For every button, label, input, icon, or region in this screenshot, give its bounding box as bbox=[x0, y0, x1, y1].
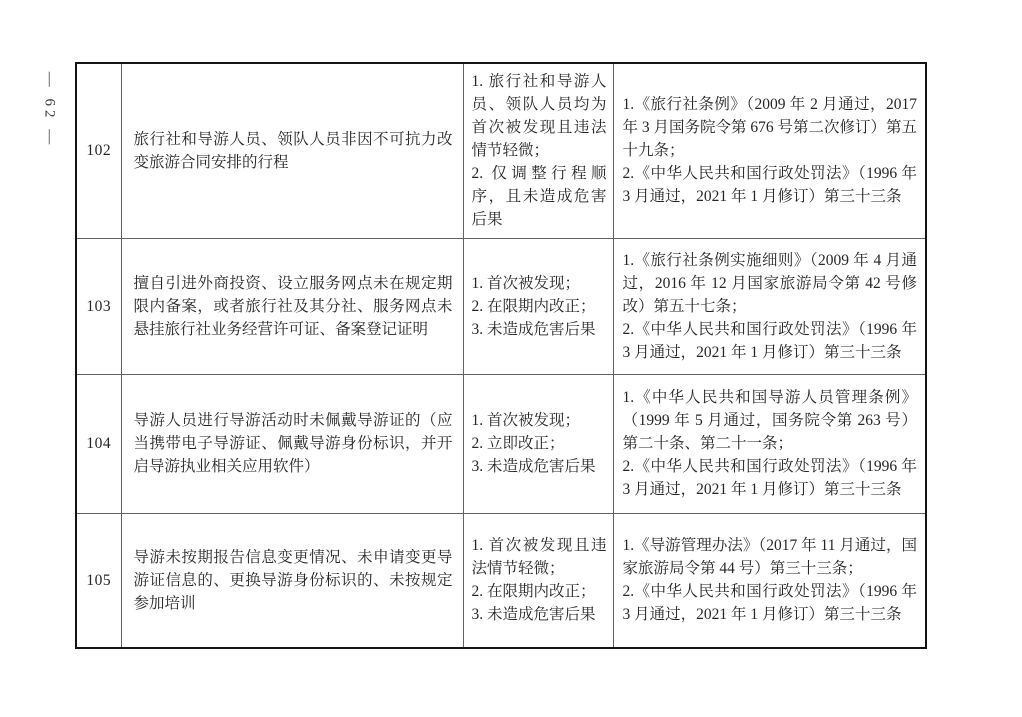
condition-item: 1. 首次被发现且违法情节轻微； bbox=[472, 534, 607, 580]
condition-item: 3. 未造成危害后果 bbox=[472, 603, 607, 626]
legal-basis-cell: 1.《导游管理办法》（2017 年 11 月通过，国家旅游局令第 44 号）第三… bbox=[613, 513, 926, 648]
legal-basis-cell: 1.《中华人民共和国导游人员管理条例》（1999 年 5 月通过，国务院令第 2… bbox=[613, 374, 926, 513]
violation-description-cell: 导游人员进行导游活动时未佩戴导游证的（应当携带电子导游证、佩戴导游身份标识，并开… bbox=[121, 374, 463, 513]
item-number-cell: 102 bbox=[76, 63, 121, 238]
condition-item: 3. 未造成危害后果 bbox=[472, 455, 607, 478]
table-row: 105 导游未按期报告信息变更情况、未申请变更导游证信息的、更换导游身份标识的、… bbox=[76, 513, 926, 648]
discretion-conditions-cell: 1. 旅行社和导游人员、领队人员均为首次被发现且违法情节轻微； 2. 仅调整行程… bbox=[463, 63, 613, 238]
discretion-conditions-cell: 1. 首次被发现且违法情节轻微； 2. 在限期内改正； 3. 未造成危害后果 bbox=[463, 513, 613, 648]
item-number-cell: 104 bbox=[76, 374, 121, 513]
regulation-table: 102 旅行社和导游人员、领队人员非因不可抗力改变旅游合同安排的行程 1. 旅行… bbox=[75, 62, 927, 649]
legal-basis-cell: 1.《旅行社条例》（2009 年 2 月通过，2017 年 3 月国务院令第 6… bbox=[613, 63, 926, 238]
table-row: 103 擅自引进外商投资、设立服务网点未在规定期限内备案，或者旅行社及其分社、服… bbox=[76, 238, 926, 374]
condition-item: 2. 仅调整行程顺序，且未造成危害后果 bbox=[472, 162, 607, 231]
discretion-conditions-cell: 1. 首次被发现； 2. 在限期内改正； 3. 未造成危害后果 bbox=[463, 238, 613, 374]
violation-description-cell: 擅自引进外商投资、设立服务网点未在规定期限内备案，或者旅行社及其分社、服务网点未… bbox=[121, 238, 463, 374]
condition-item: 2. 在限期内改正； bbox=[472, 580, 607, 603]
legal-basis-item: 1.《旅行社条例》（2009 年 2 月通过，2017 年 3 月国务院令第 6… bbox=[623, 93, 918, 162]
table-row: 104 导游人员进行导游活动时未佩戴导游证的（应当携带电子导游证、佩戴导游身份标… bbox=[76, 374, 926, 513]
condition-item: 2. 在限期内改正； bbox=[472, 295, 607, 318]
legal-basis-item: 2.《中华人民共和国行政处罚法》（1996 年 3 月通过，2021 年 1 月… bbox=[623, 318, 918, 364]
page-number: — 62 — bbox=[41, 72, 58, 149]
condition-item: 1. 首次被发现； bbox=[472, 272, 607, 295]
legal-basis-item: 2.《中华人民共和国行政处罚法》（1996 年 3 月通过，2021 年 1 月… bbox=[623, 580, 918, 626]
item-number-cell: 103 bbox=[76, 238, 121, 374]
document-page: { "page": { "page_number": "— 62 —" }, "… bbox=[0, 0, 1022, 717]
legal-basis-item: 1.《旅行社条例实施细则》（2009 年 4 月通过，2016 年 12 月国家… bbox=[623, 249, 918, 318]
item-number-cell: 105 bbox=[76, 513, 121, 648]
table-row: 102 旅行社和导游人员、领队人员非因不可抗力改变旅游合同安排的行程 1. 旅行… bbox=[76, 63, 926, 238]
legal-basis-item: 1.《导游管理办法》（2017 年 11 月通过，国家旅游局令第 44 号）第三… bbox=[623, 534, 918, 580]
condition-item: 1. 首次被发现； bbox=[472, 409, 607, 432]
legal-basis-item: 2.《中华人民共和国行政处罚法》（1996 年 3 月通过，2021 年 1 月… bbox=[623, 455, 918, 501]
condition-item: 3. 未造成危害后果 bbox=[472, 318, 607, 341]
legal-basis-item: 2.《中华人民共和国行政处罚法》（1996 年 3 月通过，2021 年 1 月… bbox=[623, 162, 918, 208]
condition-item: 1. 旅行社和导游人员、领队人员均为首次被发现且违法情节轻微； bbox=[472, 70, 607, 162]
violation-description-cell: 导游未按期报告信息变更情况、未申请变更导游证信息的、更换导游身份标识的、未按规定… bbox=[121, 513, 463, 648]
condition-item: 2. 立即改正； bbox=[472, 432, 607, 455]
legal-basis-item: 1.《中华人民共和国导游人员管理条例》（1999 年 5 月通过，国务院令第 2… bbox=[623, 386, 918, 455]
discretion-conditions-cell: 1. 首次被发现； 2. 立即改正； 3. 未造成危害后果 bbox=[463, 374, 613, 513]
legal-basis-cell: 1.《旅行社条例实施细则》（2009 年 4 月通过，2016 年 12 月国家… bbox=[613, 238, 926, 374]
violation-description-cell: 旅行社和导游人员、领队人员非因不可抗力改变旅游合同安排的行程 bbox=[121, 63, 463, 238]
